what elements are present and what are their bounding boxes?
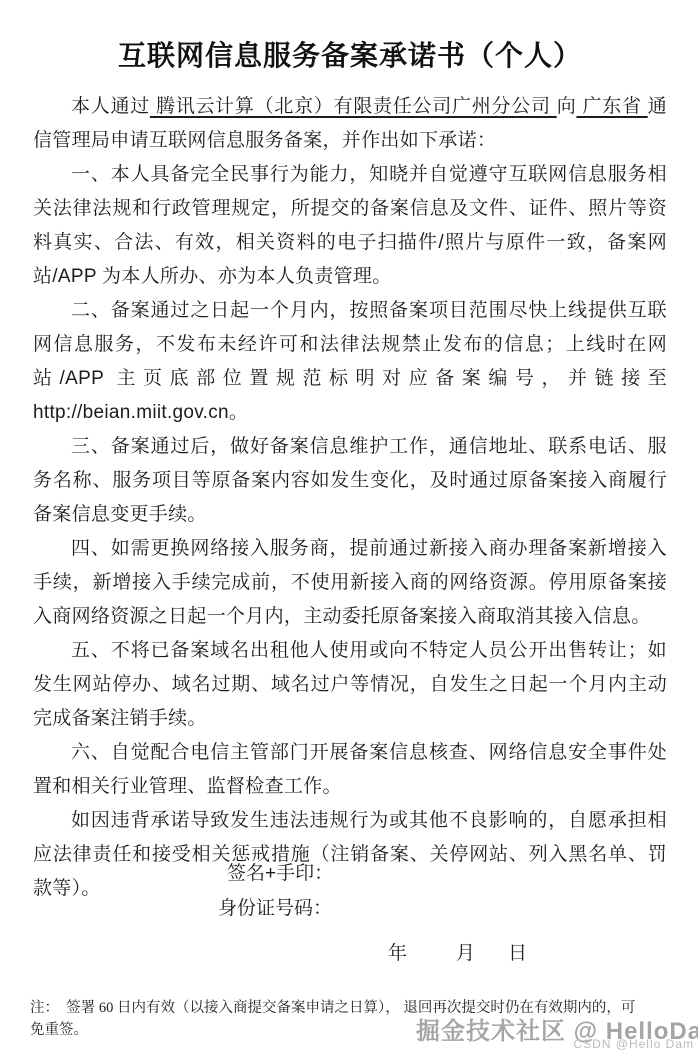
document-page: 互联网信息服务备案承诺书（个人） 本人通过 腾讯云计算（北京）有限责任公司广州分…: [0, 0, 698, 1059]
signature-block: 签名+手印： 身份证号码：: [218, 856, 333, 926]
province-name-underlined: 广东省: [576, 96, 647, 117]
intro-paragraph: 本人通过 腾讯云计算（北京）有限责任公司广州分公司 向 广东省 通信管理局申请互…: [33, 90, 667, 158]
clause-5: 五、不将已备案域名出租他人使用或向不特定人员公开出售转让；如发生网站停办、域名过…: [33, 634, 667, 736]
date-month-label: 月: [456, 943, 475, 964]
provider-name-underlined: 腾讯云计算（北京）有限责任公司广州分公司: [150, 96, 557, 117]
date-day-label: 日: [508, 943, 527, 964]
date-line: 年月日: [388, 938, 527, 965]
clause-2: 二、备案通过之日起一个月内，按照备案项目范围尽快上线提供互联网信息服务，不发布未…: [33, 294, 667, 430]
intro-text-mid: 向: [557, 96, 577, 117]
clause-4: 四、如需更换网络接入服务商，提前通过新接入商办理备案新增接入手续，新增接入手续完…: [33, 532, 667, 634]
date-year-label: 年: [388, 943, 407, 964]
watermark-csdn: CSDN @Hello Dam: [573, 1037, 694, 1051]
intro-text-lead: 本人通过: [71, 96, 150, 117]
signature-label: 签名+手印：: [218, 856, 333, 891]
clause-6: 六、自觉配合电信主管部门开展备案信息核查、网络信息安全事件处置和相关行业管理、监…: [33, 736, 667, 804]
id-number-label: 身份证号码：: [218, 891, 333, 926]
liability-paragraph: 如因违背承诺导致发生违法违规行为或其他不良影响的，自愿承担相应法律责任和接受相关…: [33, 804, 667, 906]
page-title: 互联网信息服务备案承诺书（个人）: [33, 34, 667, 74]
clause-1: 一、本人具备完全民事行为能力，知晓并自觉遵守互联网信息服务相关法律法规和行政管理…: [33, 158, 667, 294]
clause-3: 三、备案通过后，做好备案信息维护工作，通信地址、联系电话、服务名称、服务项目等原…: [33, 430, 667, 532]
